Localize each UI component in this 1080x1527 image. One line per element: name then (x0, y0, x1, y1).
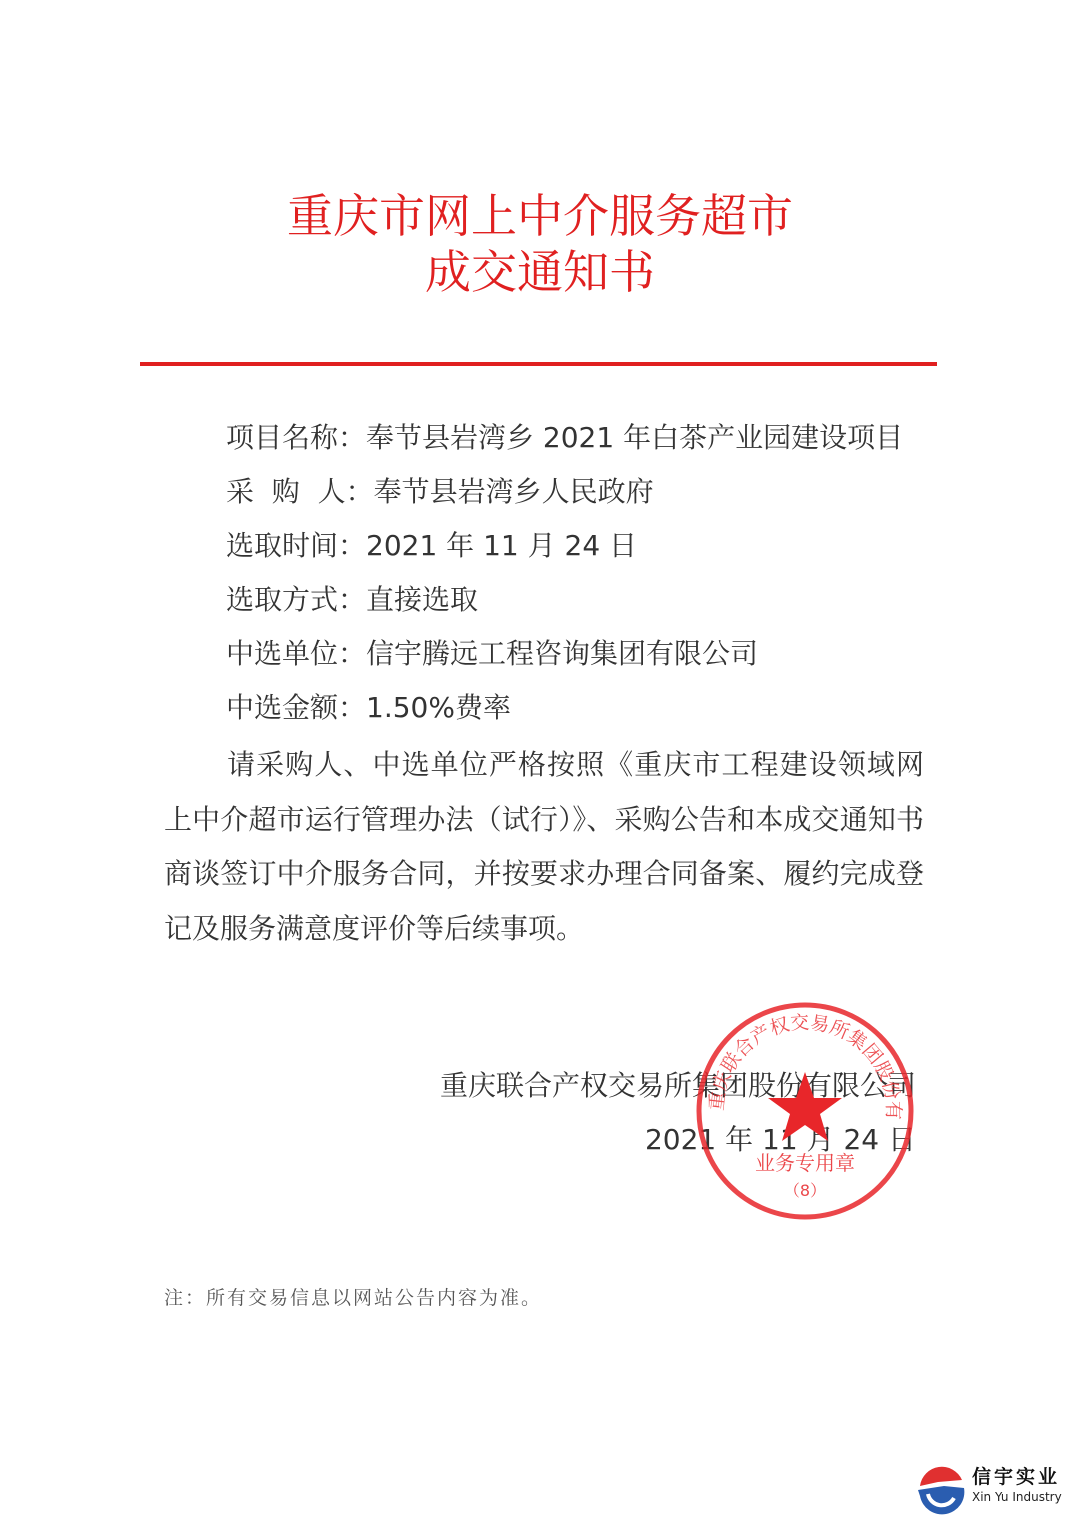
seal-center-text: 业务专用章 (755, 1151, 855, 1175)
body-paragraph-text: 请采购人、中选单位严格按照《重庆市工程建设领域网上中介超市运行管理办法（试行）》… (164, 748, 924, 945)
field-value: 奉节县岩湾乡人民政府 (374, 475, 654, 508)
body-paragraph: 请采购人、中选单位严格按照《重庆市工程建设领域网上中介超市运行管理办法（试行）》… (164, 738, 924, 956)
field-label: 项目名称： (226, 421, 366, 454)
field-label: 采 购 人： (226, 475, 374, 508)
field-value: 信宇腾远工程咨询集团有限公司 (366, 637, 758, 670)
field-selected-unit: 中选单位：信宇腾远工程咨询集团有限公司 (226, 636, 758, 672)
field-value: 1.50%费率 (366, 691, 511, 724)
logo-name-cn: 信宇实业 (972, 1462, 1060, 1489)
seal-number: （8） (784, 1181, 826, 1200)
field-label: 选取时间： (226, 529, 366, 562)
field-label: 中选金额： (226, 691, 366, 724)
field-selected-amount: 中选金额：1.50%费率 (226, 690, 511, 726)
field-selection-time: 选取时间：2021 年 11 月 24 日 (226, 528, 637, 564)
xinyu-logo-icon (914, 1460, 970, 1516)
logo-name-en: Xin Yu Industry (972, 1490, 1062, 1504)
document-title-line2: 成交通知书 (0, 244, 1080, 300)
field-label: 选取方式： (226, 583, 366, 616)
field-purchaser: 采 购 人：奉节县岩湾乡人民政府 (226, 474, 654, 510)
watermark-logo: 信宇实业 Xin Yu Industry (914, 1458, 1074, 1518)
official-seal-icon: 重庆联合产权交易所集团股份有限公司 业务专用章 （8） (694, 1000, 916, 1222)
field-value: 直接选取 (366, 583, 478, 616)
field-value: 2021 年 11 月 24 日 (366, 529, 637, 562)
field-project-name: 项目名称：奉节县岩湾乡 2021 年白茶产业园建设项目 (226, 420, 903, 456)
document-title-line1: 重庆市网上中介服务超市 (0, 188, 1080, 244)
field-label: 中选单位： (226, 637, 366, 670)
field-selection-method: 选取方式：直接选取 (226, 582, 478, 618)
footnote: 注：所有交易信息以网站公告内容为准。 (164, 1283, 542, 1310)
title-divider (140, 362, 937, 366)
field-value: 奉节县岩湾乡 2021 年白茶产业园建设项目 (366, 421, 903, 454)
